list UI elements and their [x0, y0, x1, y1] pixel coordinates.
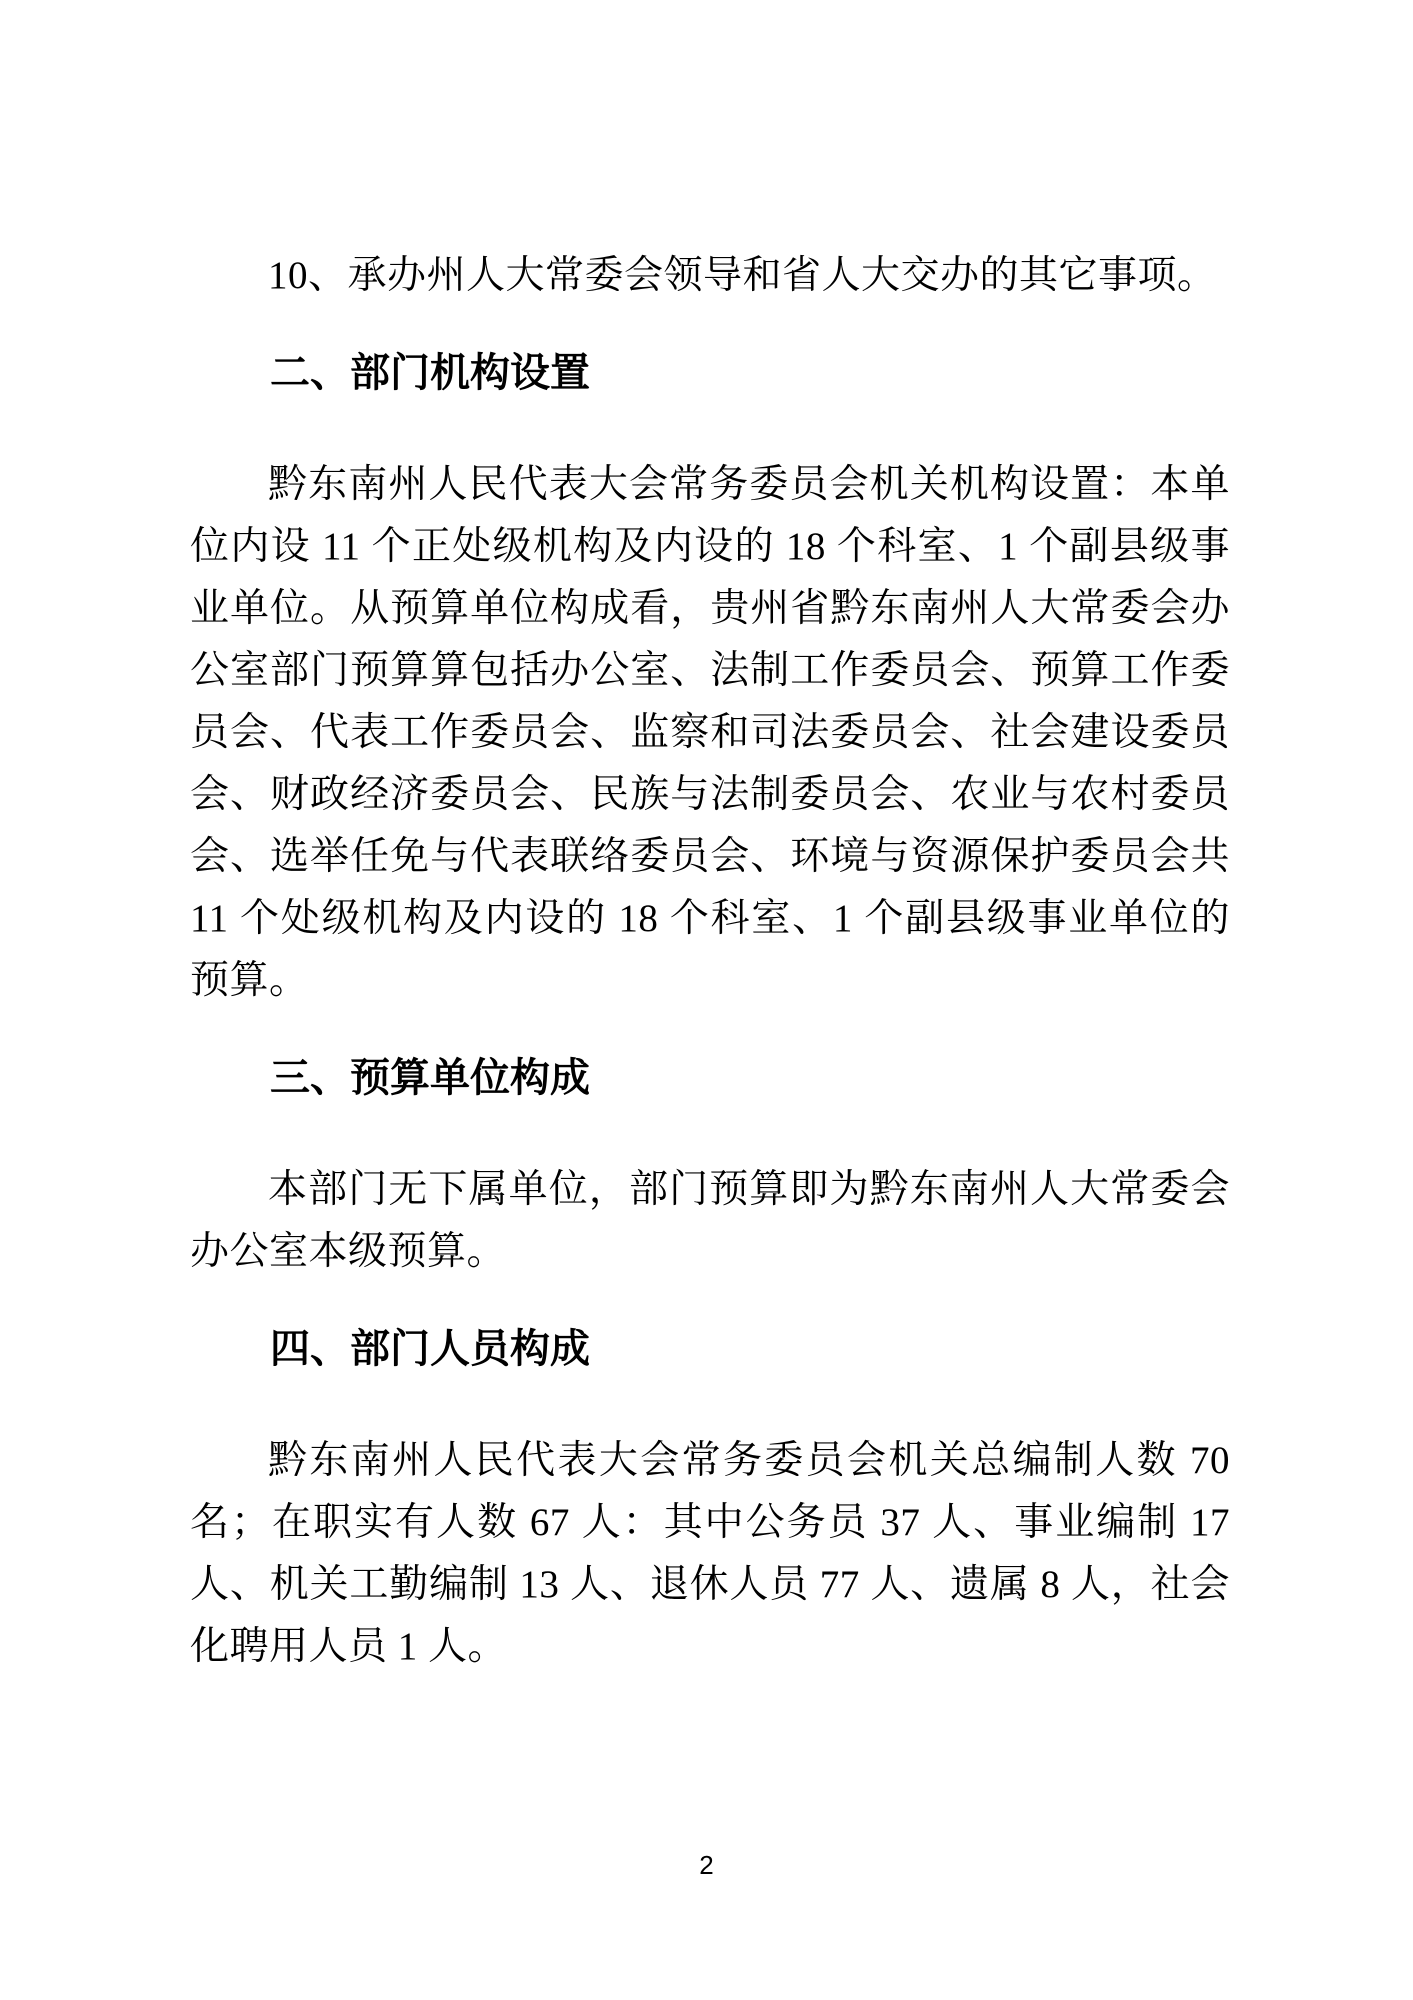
document-content: 10、承办州人大常委会领导和省人大交办的其它事项。二、部门机构设置黔东南州人民代…: [190, 245, 1230, 1678]
body-paragraph: 本部门无下属单位，部门预算即为黔东南州人大常委会办公室本级预算。: [190, 1159, 1230, 1283]
document-page: 10、承办州人大常委会领导和省人大交办的其它事项。二、部门机构设置黔东南州人民代…: [0, 0, 1413, 2000]
section-heading: 四、部门人员构成: [190, 1318, 1230, 1380]
body-paragraph: 10、承办州人大常委会领导和省人大交办的其它事项。: [190, 245, 1230, 307]
body-paragraph: 黔东南州人民代表大会常务委员会机关机构设置：本单位内设 11 个正处级机构及内设…: [190, 454, 1230, 1012]
page-number: 2: [0, 1850, 1413, 1881]
section-heading: 三、预算单位构成: [190, 1047, 1230, 1109]
section-heading: 二、部门机构设置: [190, 342, 1230, 404]
body-paragraph: 黔东南州人民代表大会常务委员会机关总编制人数 70 名；在职实有人数 67 人：…: [190, 1430, 1230, 1678]
